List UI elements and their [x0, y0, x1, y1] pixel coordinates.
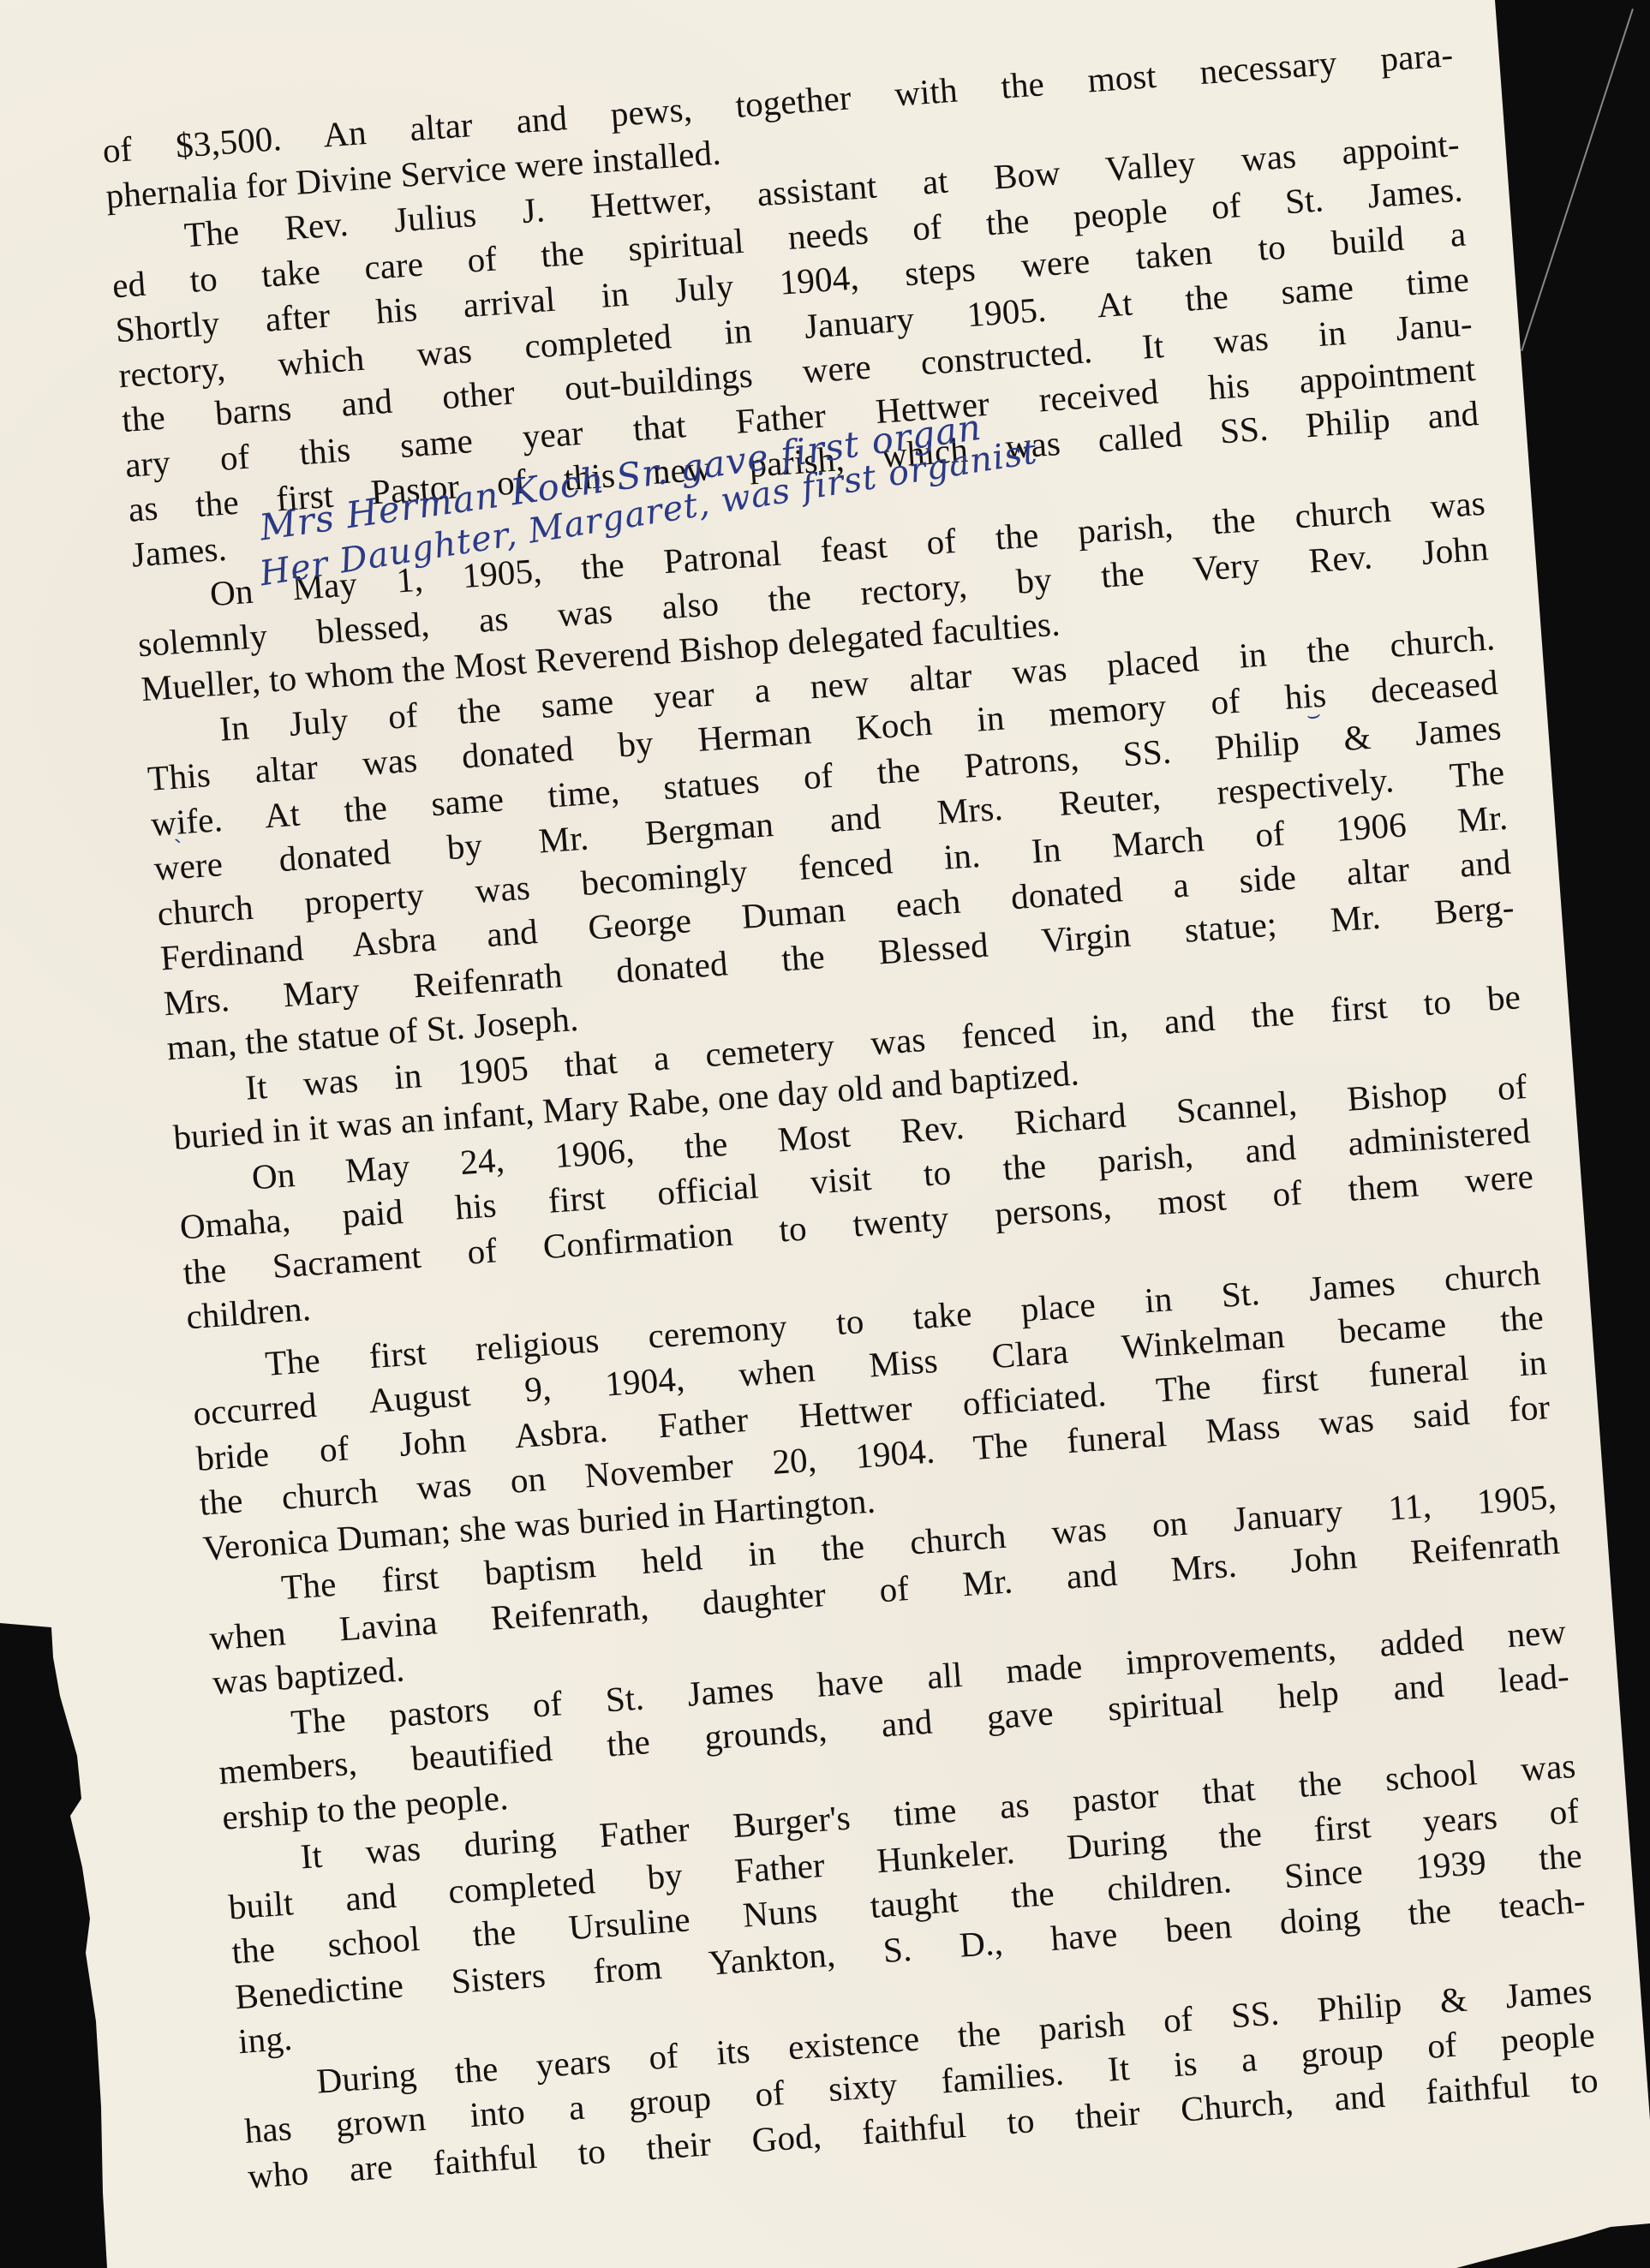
document-body: of $3,500. An altar and pews, together w… — [101, 32, 1599, 2199]
scan-scratch — [1521, 9, 1634, 351]
scanned-page: of $3,500. An altar and pews, together w… — [0, 0, 1650, 2268]
